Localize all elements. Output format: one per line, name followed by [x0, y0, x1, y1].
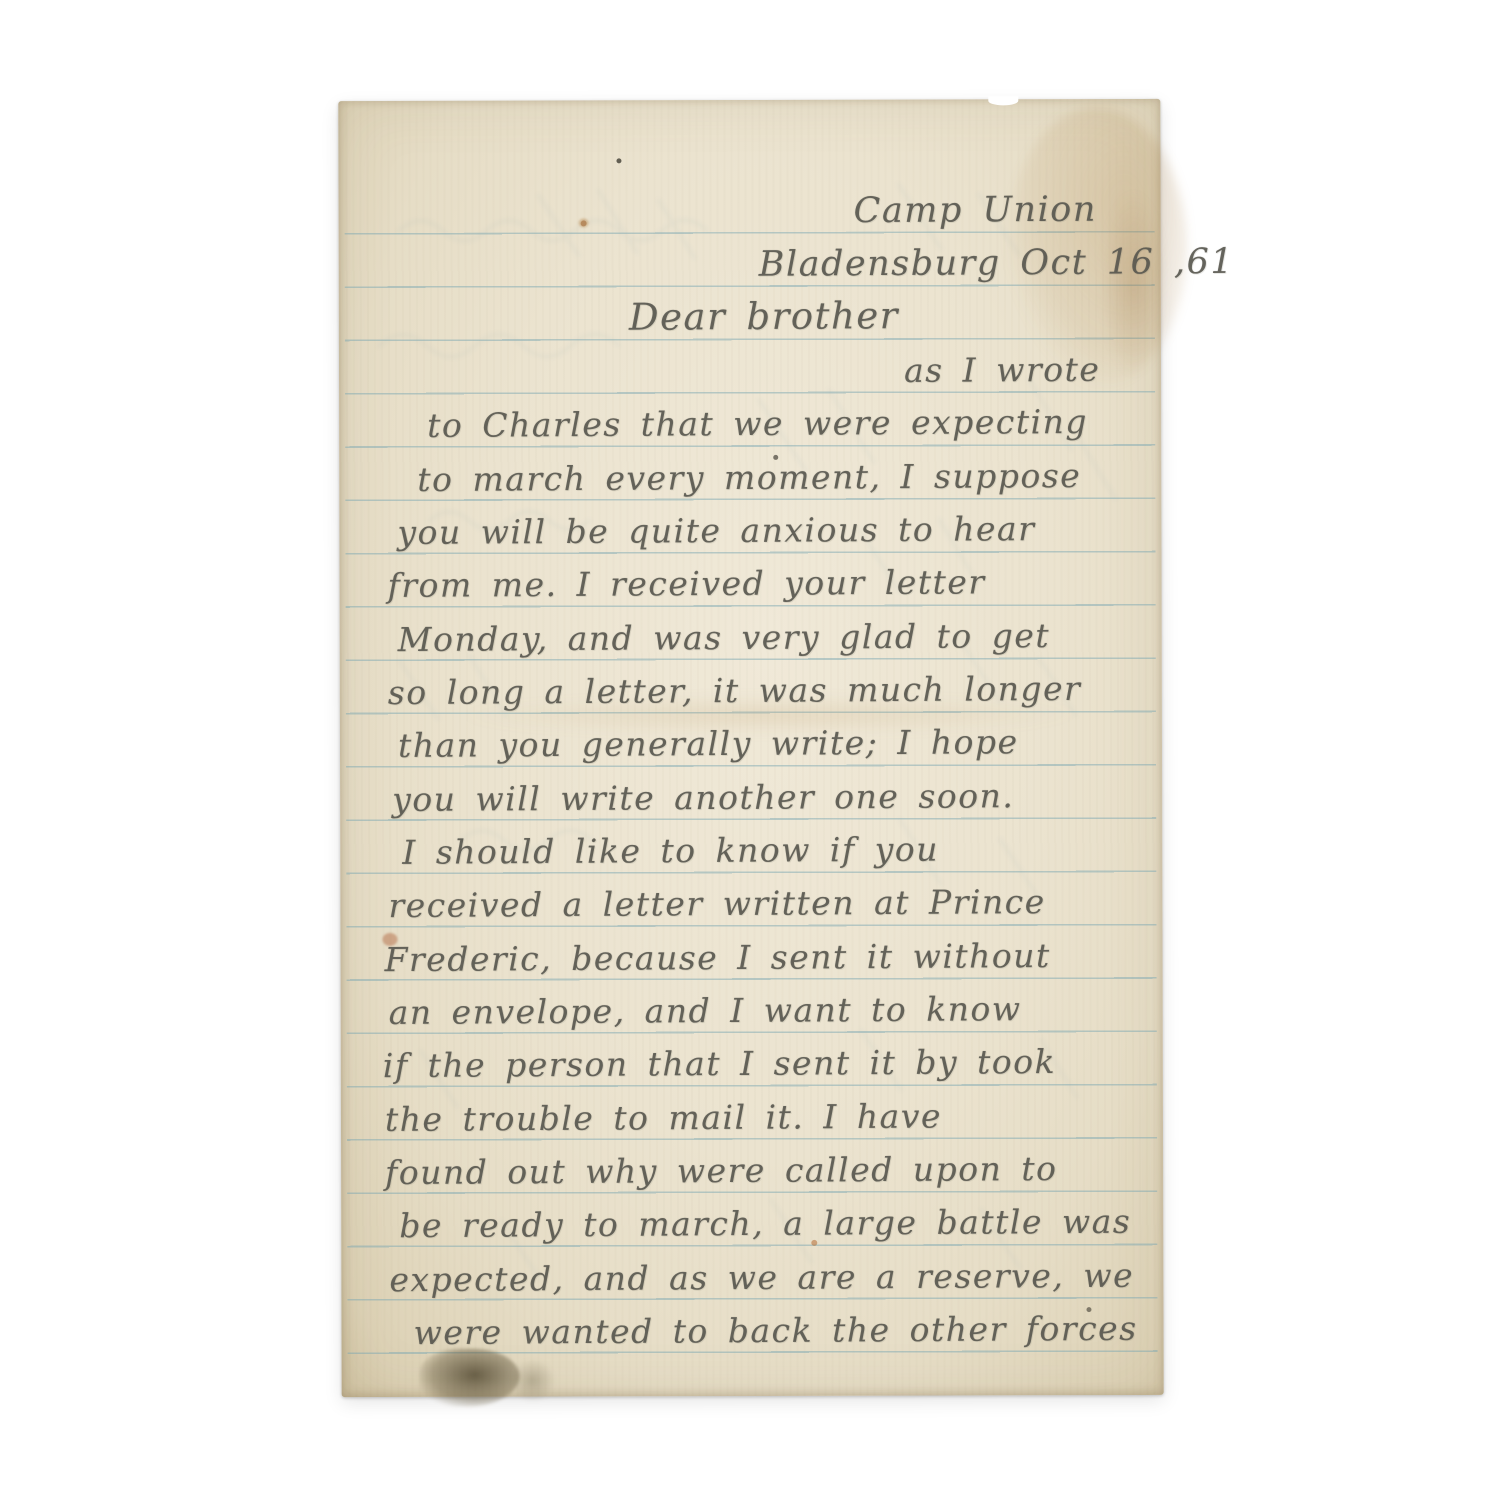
letter-date-line: Bladensburg Oct 16 ,61	[759, 238, 1235, 289]
letter-line: expected, and as we are a reserve, we	[389, 1252, 1134, 1305]
letter-line: found out why were called upon to	[385, 1145, 1058, 1197]
letter-line: if the person that I sent it by took	[383, 1038, 1057, 1090]
letter-line: you will write another one soon.	[392, 772, 1014, 824]
letter-line: Frederic, because I sent it without	[384, 932, 1050, 984]
paper-edge-chip	[988, 96, 1018, 105]
letter-line: to march every moment, I suppose	[417, 452, 1081, 504]
foxing-spot	[579, 218, 589, 227]
ink-smudge-bottom-left	[420, 1349, 520, 1407]
ink-speck	[616, 158, 621, 163]
letter-line: were wanted to back the other forces	[413, 1305, 1137, 1357]
letter-line: as I wrote	[904, 346, 1101, 395]
letter-line: so long a letter, it was much longer	[388, 665, 1082, 717]
letter-line: received a letter written at Prince	[388, 878, 1046, 930]
letter-line: I should like to know if you	[402, 826, 939, 877]
ink-smudge-secondary	[510, 1359, 556, 1403]
ink-speck	[581, 220, 587, 226]
letter-line: from me. I received your letter	[387, 558, 985, 610]
letter-line: you will be quite anxious to hear	[397, 505, 1035, 557]
letter-salutation: Dear brother	[629, 292, 899, 342]
letter-page: Camp Union Bladensburg Oct 16 ,61 Dear b…	[338, 99, 1163, 1397]
letter-line: than you generally write; I hope	[398, 718, 1019, 770]
letter-line: to Charles that we were expecting	[427, 398, 1088, 450]
letter-place: Camp Union	[853, 186, 1097, 235]
letter-line: an envelope, and I want to know	[389, 985, 1022, 1037]
letter-line: be ready to march, a large battle was	[399, 1198, 1131, 1250]
letter-line: Monday, and was very glad to get	[398, 612, 1051, 664]
photo-background: Camp Union Bladensburg Oct 16 ,61 Dear b…	[0, 0, 1500, 1500]
letter-line: the trouble to mail it. I have	[385, 1093, 942, 1144]
